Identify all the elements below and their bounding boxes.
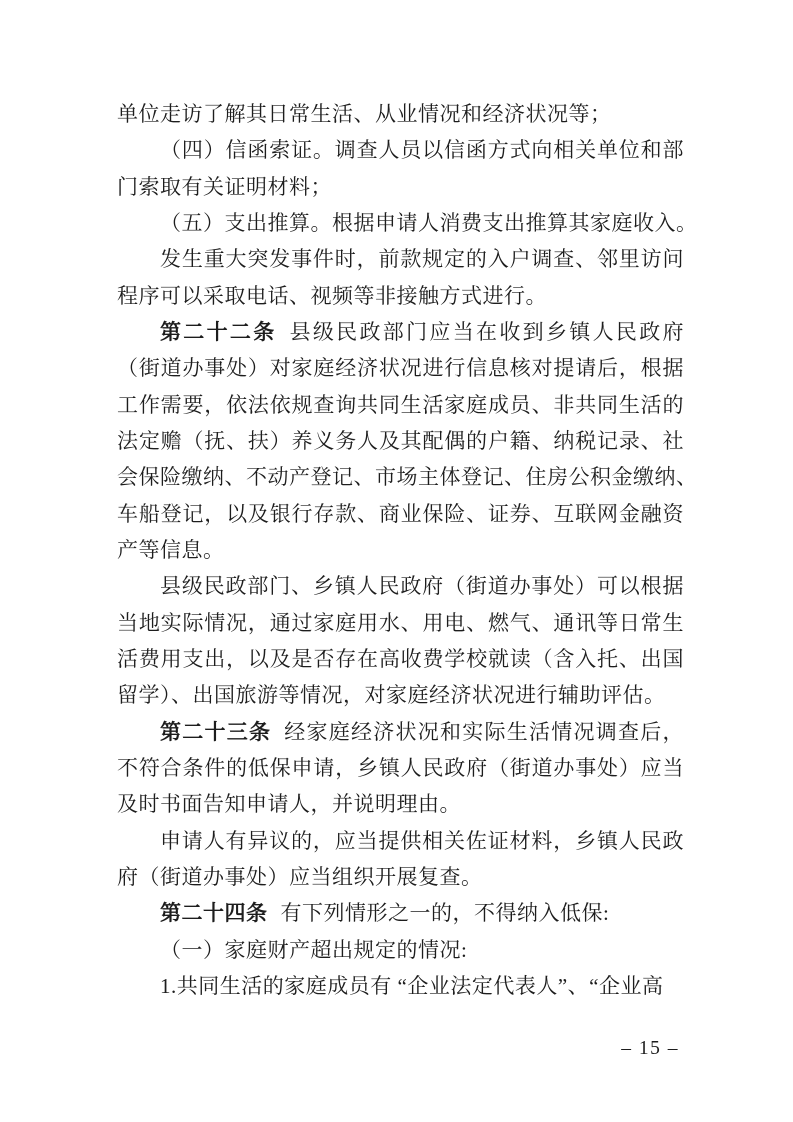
text-line: 活费用支出，以及是否存在高收费学校就读（含入托、出国 [117, 641, 684, 677]
article-number: 第二十二条 [160, 320, 277, 344]
text-line: （五）支出推算。根据申请人消费支出推算其家庭收入。 [117, 205, 684, 241]
document-page: 单位走访了解其日常生活、从业情况和经济状况等；（四）信函索证。调查人员以信函方式… [0, 0, 793, 1122]
text-line: 申请人有异议的，应当提供相关佐证材料，乡镇人民政 [117, 823, 684, 859]
article-number: 第二十四条 [160, 901, 268, 925]
text-line: （一）家庭财产超出规定的情况: [117, 932, 684, 968]
text-line: 第二十四条有下列情形之一的，不得纳入低保: [117, 895, 684, 931]
text-line: 程序可以采取电话、视频等非接触方式进行。 [117, 278, 684, 314]
text-line: 产等信息。 [117, 532, 684, 568]
text-line: 门索取有关证明材料； [117, 169, 684, 205]
text-line: 当地实际情况，通过家庭用水、用电、燃气、通讯等日常生 [117, 605, 684, 641]
text-line: 及时书面告知申请人，并说明理由。 [117, 786, 684, 822]
text-line: 府（街道办事处）应当组织开展复查。 [117, 859, 684, 895]
text-line: 单位走访了解其日常生活、从业情况和经济状况等； [117, 96, 684, 132]
text-line: 法定赡（抚、扶）养义务人及其配偶的户籍、纳税记录、社 [117, 423, 684, 459]
text-line: （街道办事处）对家庭经济状况进行信息核对提请后，根据 [117, 350, 684, 386]
document-body: 单位走访了解其日常生活、从业情况和经济状况等；（四）信函索证。调查人员以信函方式… [117, 96, 684, 1004]
text-line: （四）信函索证。调查人员以信函方式向相关单位和部 [117, 132, 684, 168]
text-line: 县级民政部门、乡镇人民政府（街道办事处）可以根据 [117, 568, 684, 604]
text-line: 不符合条件的低保申请，乡镇人民政府（街道办事处）应当 [117, 750, 684, 786]
text-line: 会保险缴纳、不动产登记、市场主体登记、住房公积金缴纳、 [117, 459, 684, 495]
article-text: 经家庭经济状况和实际生活情况调查后， [284, 720, 684, 744]
text-line: 第二十三条经家庭经济状况和实际生活情况调查后， [117, 714, 684, 750]
article-text: 有下列情形之一的，不得纳入低保: [281, 901, 610, 925]
text-line: 车船登记，以及银行存款、商业保险、证券、互联网金融资 [117, 496, 684, 532]
text-line: 发生重大突发事件时，前款规定的入户调查、邻里访问 [117, 241, 684, 277]
text-line: 第二十二条县级民政部门应当在收到乡镇人民政府 [117, 314, 684, 350]
page-number: – 15 – [621, 1038, 679, 1060]
article-number: 第二十三条 [160, 720, 271, 744]
text-line: 工作需要，依法依规查询共同生活家庭成员、非共同生活的 [117, 387, 684, 423]
article-text: 县级民政部门应当在收到乡镇人民政府 [290, 320, 684, 344]
text-line: 1.共同生活的家庭成员有 “企业法定代表人”、“企业高 [117, 968, 684, 1004]
text-line: 留学）、出国旅游等情况，对家庭经济状况进行辅助评估。 [117, 677, 684, 713]
